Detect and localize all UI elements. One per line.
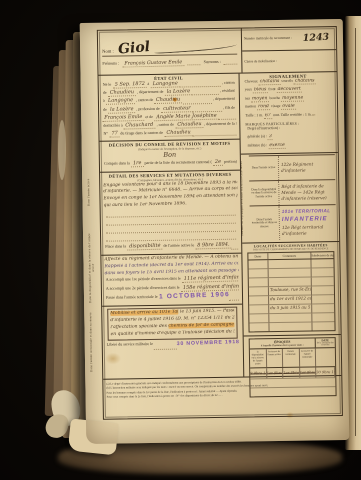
handwritten-value: Régt d'infanterie de Mende — 142e Régt d… [281, 183, 333, 203]
handwritten-value: 12e Régt territorial d'infanterie [282, 224, 334, 237]
handwritten-value: moyenne [281, 95, 304, 101]
dotted-rule [154, 347, 177, 349]
handwritten-value: 77 [109, 131, 120, 138]
register-page: Dans l'armée active Dans la disponibilit… [80, 19, 350, 444]
date-subtitle: de la radiation des contrôles [316, 342, 335, 346]
print-label: Né le [102, 82, 113, 87]
handwritten-value: Chauchard [124, 122, 156, 130]
photo-background: Dans l'armée active Dans la disponibilit… [0, 0, 361, 480]
handwritten-value: moyen [251, 96, 268, 102]
corps-rotated-caption: Indication des corps auxquels les hommes… [241, 157, 250, 241]
name-block: Nom : Giol Prénoms : François Gustave Ém… [98, 29, 242, 75]
corps-value-handwritten: 122e Régiment d'infanterie [278, 155, 335, 180]
print-label: , canton [221, 80, 236, 85]
print-label: Dans l'armée territoriale et dans sa rés… [250, 216, 279, 230]
print-label: menton [245, 105, 256, 109]
print-label: , fils de [222, 104, 236, 109]
print-label: de l'armée active le [162, 243, 195, 249]
print-label: portion). [223, 159, 237, 164]
handwritten-value: Chaudieu [175, 121, 203, 129]
print-label: visage [271, 104, 280, 108]
degre-block: Degré (d'instruction) : générale (a) :3 … [243, 125, 334, 152]
print-label: N° [102, 131, 109, 136]
handwritten-value: François Émile [102, 114, 144, 122]
print-label: Dans l'armée active [249, 165, 278, 171]
epoques-column-headers: la disponibilité ou la réserve de l'armé… [250, 348, 335, 368]
cell [249, 323, 269, 331]
print-label: Degré (d'instruction) : [247, 126, 280, 131]
epoques-table: ÉPOQUES à laquelle l'homme devra passer … [249, 337, 337, 397]
corps-row-reserve: Dans la disponibilité ou dans la réserve… [249, 179, 335, 205]
section-signalement: SIGNALEMENT Cheveuxchâtainssourcilschâta… [240, 72, 338, 154]
date-stamp-1906: 1 OCTOBRE 1906 [159, 291, 230, 300]
nom-label: Nom : [102, 49, 114, 56]
right-column: SIGNALEMENT Cheveuxchâtainssourcilschâta… [239, 72, 342, 377]
surnoms-label: Surnoms : [204, 59, 221, 64]
corps-row-territoriale: Dans l'armée territoriale et dans sa rés… [250, 204, 337, 240]
print-label: Placé dans la [104, 244, 127, 249]
handwritten-value: au titre de la Compagnie du Midi [234, 322, 235, 327]
epoques-title: ÉPOQUES à laquelle l'homme devra passer … [250, 339, 316, 349]
localites-table: Dates Communes Subdivision de région Tou… [247, 251, 335, 332]
cell [311, 259, 333, 268]
matricule-form: Dans l'armée active Dans la disponibilit… [97, 26, 343, 420]
handwritten-value: le 13 juin 1915. — Passé au 112e Régimen… [179, 308, 235, 314]
print-label: Passé dans l'armée territoriale le [105, 294, 159, 300]
handwritten-value: 1re [131, 160, 144, 167]
corps-value-handwritten: Régt d'infanterie de Mende — 142e Régt d… [278, 180, 335, 205]
classe-label: Classe de mobilisation : [242, 58, 296, 65]
cell [312, 295, 334, 304]
cell [312, 268, 334, 277]
handwritten-value: 2e [213, 159, 223, 166]
cell [312, 322, 334, 330]
margin-label-armee-active: Dans l'armée active [87, 159, 97, 225]
column-header: la disponibilité ou la réserve de l'armé… [250, 349, 267, 367]
handwritten-value [312, 114, 314, 115]
print-label: nez [245, 96, 250, 100]
handwritten-value: 67 [264, 113, 272, 119]
cell [269, 323, 312, 332]
print-label: sourcils [281, 79, 293, 83]
column-header: l'armée territoriale [283, 349, 300, 367]
dotted-rule [219, 118, 237, 120]
print-label: bouche [269, 96, 280, 100]
print-label: Dans la disponibilité ou dans la réserve… [249, 186, 278, 200]
print-label: partie de la liste du recrutement canton… [143, 159, 212, 165]
cell [249, 278, 269, 287]
section-decision-conseil: DÉCISION DU CONSEIL DE REVISION ET MOTIF… [100, 139, 240, 171]
cell [248, 260, 268, 269]
handwritten-value: la Lozère [108, 106, 136, 114]
left-column: ÉTAT CIVIL Né le5 Sep. 1872àLangogne, ca… [99, 74, 244, 379]
dotted-rule [224, 63, 238, 65]
print-label: Libéré du service militaire le [106, 341, 154, 347]
print-label: , résidant [219, 88, 236, 93]
print-label: Taille : 1 m. [245, 113, 263, 117]
left-column-filler [103, 351, 243, 378]
handwritten-value: Angèle Marie Joséphine [154, 112, 219, 121]
section-corps-affectation: Indication des corps auxquels les hommes… [241, 152, 339, 243]
matricule-block: Numéro matricule du recrutement : 1243 C… [241, 27, 337, 72]
highlighted-handwriting: Mobilisé et arrivé au 101e Tal [110, 309, 178, 316]
handwritten-value: rond [257, 104, 270, 110]
cell [249, 305, 269, 314]
prenoms-label: Prénoms : [102, 60, 119, 65]
page-corner [68, 418, 119, 455]
epoques-date-header: DATE de la radiation des contrôles [316, 338, 335, 347]
handwritten-value: Chaudieu [154, 97, 182, 105]
handwritten-value: châtains [294, 78, 316, 84]
handwritten-value: découvert [277, 87, 302, 93]
handwritten-value: 122e Régiment d'infanterie [281, 161, 333, 174]
cell [249, 296, 269, 305]
handwritten-value: Chaudieu [164, 129, 192, 137]
classe-value [296, 60, 336, 62]
matricule-number-handwritten: 1243 [296, 32, 336, 45]
blank-dotted-line [106, 232, 236, 242]
cell [249, 314, 269, 323]
corps-row-active: Dans l'armée active 122e Régiment d'infa… [249, 154, 335, 180]
epoque-value-struck: 1er 8bre 1912 [300, 368, 317, 378]
print-label: et de [144, 114, 154, 119]
dotted-rule [232, 247, 239, 249]
print-label: Cheveux [245, 79, 258, 83]
handwritten-value: cultivateur [161, 105, 193, 113]
print-label: , département [212, 96, 236, 101]
compris-line: Compris dans la1repartie de la liste du … [103, 159, 237, 169]
handwritten-value: Chaudieu [108, 89, 136, 97]
handwritten-value: la Lozère [164, 88, 192, 96]
place-disponibilite-line: Placé dans ladisponibilitéde l'armée act… [104, 242, 238, 252]
section-detail-services: DÉTAIL DES SERVICES ET MUTATIONS DIVERSE… [100, 169, 241, 254]
handwritten-value: exercé [268, 143, 286, 149]
print-label: Compris dans la [103, 161, 131, 166]
epoque-value-struck: 8 9bre 1894 [250, 368, 267, 378]
territoriale-annotation-frame: Mobilisé et arrivé au 101e Tal le 13 jui… [107, 306, 237, 340]
section-etat-civil: ÉTAT CIVIL Né le5 Sep. 1872àLangogne, ca… [99, 74, 240, 142]
margin-label-reserve: Dans la disponibilité et dans la réserve… [88, 231, 98, 305]
column-header: la réserve de l'armée territoriale [299, 349, 316, 367]
section-territoriale: Mobilisé et arrivé au 101e Tal le 13 jui… [102, 303, 243, 353]
handwritten-value: l'affectation spéciale des [110, 324, 168, 330]
print-label: domiciliés à [102, 122, 124, 127]
print-label: générale (a) : [247, 135, 267, 139]
dotted-rule [187, 63, 201, 65]
form-body: ÉTAT CIVIL Né le5 Sep. 1872àLangogne, ca… [99, 72, 342, 379]
classe-box: Classe de mobilisation : [242, 49, 336, 73]
dotted-rule [192, 134, 236, 137]
handwritten-value: châtains [259, 79, 281, 85]
handwritten-value: 8 9bre 1894. [195, 242, 232, 250]
handwritten-value: Langogne [106, 97, 135, 105]
section-reserve: Affecté au régiment d'infanterie de Mend… [101, 252, 242, 305]
print-label: , profession de [135, 105, 161, 110]
prenoms-row: Prénoms : François Gustave Émile Surnoms… [102, 59, 237, 68]
nom-value-handwritten: Giol [117, 40, 150, 57]
localites-row [249, 322, 334, 331]
column-header-subdivision: Subdivision de région [311, 252, 333, 258]
dotted-rule [230, 298, 240, 300]
print-label: , département de [136, 89, 165, 94]
epoques-empty-row [250, 386, 335, 396]
section-localites: LOCALITÉS SUCCESSIVES HABITÉES PAR SUITE… [242, 241, 340, 336]
cell [312, 313, 334, 322]
handwritten-value: disponibilité [127, 243, 163, 251]
epoque-value-struck: 1er 8bre 1906 [283, 368, 300, 378]
etat-civil-line: N°77du tirage dans le canton deChaudieu [102, 129, 236, 139]
handwritten-value: 3 [268, 134, 273, 140]
print-label: front [268, 87, 275, 91]
passe-territoriale-line: Passé dans l'armée territoriale le 1 OCT… [105, 291, 239, 303]
section-epoques: ÉPOQUES à laquelle l'homme devra passer … [244, 334, 342, 401]
handwritten-value: 158e régiment d'infanterie [180, 283, 238, 291]
epoques-values-row: 8 9bre 1894 1er 9bre 1896 1er 8bre 1906 … [250, 367, 335, 378]
libere-line: Libéré du service militaire le 30 NOVEMB… [106, 339, 240, 351]
cell [312, 304, 334, 313]
column-header-empty [316, 348, 335, 366]
form-header: Nom : Giol Prénoms : François Gustave Ém… [98, 27, 337, 76]
cell [312, 277, 334, 286]
print-label: , canton de [156, 122, 176, 127]
print-label: militaire (b) : [248, 143, 268, 147]
page-edge-fray [58, 120, 66, 180]
column-header-communes: Communes [268, 253, 311, 260]
cell [249, 287, 269, 296]
epoque-value-struck: 1er 9bre 1896 [267, 368, 284, 378]
print-label: , canton de [135, 97, 155, 102]
matricule-label: Numéro matricule du recrutement : [242, 35, 296, 42]
handwritten-value: bleus [253, 88, 268, 94]
print-label: de [102, 90, 108, 95]
radiation-date-value: 30 9bre 1918 [316, 367, 335, 377]
print-label: yeux [245, 88, 252, 92]
handwritten-value: Langogne [150, 80, 179, 88]
print-label: cent. Taille rectifiée : 1 m. [273, 112, 312, 117]
column-header-dates: Dates [248, 253, 268, 259]
print-label: du tirage dans le canton de [119, 130, 164, 136]
cell [312, 286, 334, 295]
handwritten-value: ovale [281, 104, 295, 110]
date-stamp-libere: 30 NOVEMBRE 1918 [177, 339, 240, 347]
prenoms-value-handwritten: François Gustave Émile [122, 60, 184, 68]
adjacent-page-border [355, 28, 356, 436]
nom-row: Nom : Giol [102, 31, 237, 57]
margin-label-territoriale: Dans l'armée territoriale et dans sa rés… [89, 311, 99, 373]
print-label: , département de la Lozère [203, 121, 236, 127]
print-label: A accompli une 2e période d'exercices da… [105, 284, 181, 290]
signature-flourish [153, 41, 237, 54]
handwritten-value: 111e régiment d'infanterie [182, 275, 239, 283]
matricule-box: Numéro matricule du recrutement : 1243 [242, 27, 336, 50]
handwritten-value: 5 Sep. 1872 [112, 81, 146, 89]
corps-value-handwritten: 101e TERRITORIAL INFANTERIE 12e Régt ter… [279, 205, 337, 240]
degre-militaire-row: militaire (b) :exercé [246, 142, 333, 152]
column-header: la réserve de l'armée active [266, 349, 283, 367]
cell [249, 269, 269, 278]
highlighted-handwriting: chemins de fer de campagne [168, 322, 234, 328]
